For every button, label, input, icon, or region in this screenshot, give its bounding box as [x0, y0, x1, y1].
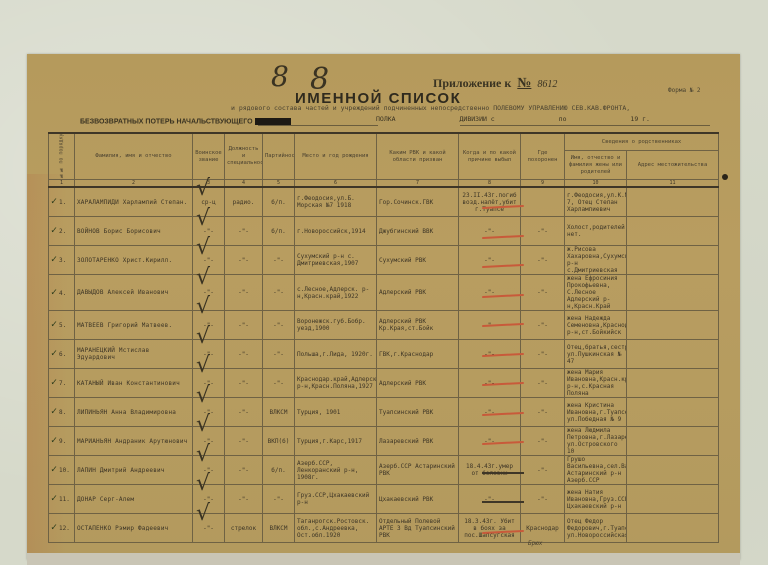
position-cell: радио.	[225, 187, 263, 217]
pencil-checkmark-icon: √	[196, 383, 210, 408]
column-number: 5	[263, 180, 295, 188]
pencil-checkmark-icon: √	[196, 206, 210, 231]
checkmark-icon: ✓	[51, 493, 57, 504]
row-number-cell: ✓7.	[49, 369, 75, 398]
position-cell: -"-	[225, 275, 263, 311]
row-number-cell: ✓10.	[49, 456, 75, 485]
table-row: ✓3.ЗОЛОТАРЕНКО Христ.Кирилл.-"--"--"-Сух…	[49, 246, 719, 275]
column-number: 1	[49, 180, 75, 188]
birthplace-cell: г.Новороссийск,1914	[295, 217, 377, 246]
relative-address-cell	[627, 427, 719, 456]
rvk-cell: Джубгинский ВВК	[377, 217, 459, 246]
position-cell: -"-	[225, 246, 263, 275]
relative-address-cell	[627, 217, 719, 246]
relative-address-cell	[627, 369, 719, 398]
position-cell: -"-	[225, 340, 263, 369]
header-name: Фамилия, имя и отчество	[75, 133, 193, 180]
party-cell: -"-	[263, 275, 295, 311]
division-label: ДИВИЗИИ с	[460, 115, 495, 123]
hole-punch-dot	[722, 174, 728, 180]
header-rvk: Каким РВК и какой области призван	[377, 133, 459, 180]
relative-name-cell: жена Мария Ивановна,Красн.край,Адлерский…	[565, 369, 627, 398]
column-number: 9	[521, 180, 565, 188]
checkmark-icon: ✓	[51, 287, 57, 298]
rvk-cell: Отдельный Полевой АРТЕ 3 Вд Туапсинский …	[377, 514, 459, 543]
header-when-reason: Когда и по какой причине выбыл	[459, 133, 521, 180]
losses-table: №№ по порядку Фамилия, имя и отчество Во…	[48, 132, 719, 543]
party-cell: -"-	[263, 485, 295, 514]
rvk-cell: Адлерский РВК	[377, 275, 459, 311]
document-subtitle: и рядового состава частей и учреждений п…	[231, 104, 630, 112]
checkmark-icon: ✓	[51, 406, 57, 417]
checkmark-icon: ✓	[51, 319, 57, 330]
row-number-cell: ✓1.	[49, 187, 75, 217]
name-cell: ХАРАЛАМПИДИ Харлампий Степан.	[75, 187, 193, 217]
row-number: 6.	[59, 351, 66, 358]
pencil-checkmark-icon: √	[196, 442, 210, 467]
rvk-cell: Цхакаевский РВК	[377, 485, 459, 514]
checkmark-icon: ✓	[51, 522, 57, 533]
column-number: 6	[295, 180, 377, 188]
table-row: ✓11.ДОНАР Серг-Алем-"--"--"-Груз.ССР,Цха…	[49, 485, 719, 514]
row-number-cell: ✓8.	[49, 398, 75, 427]
name-cell: ЗОЛОТАРЕНКО Христ.Кирилл.	[75, 246, 193, 275]
row-number: 2.	[59, 228, 66, 235]
row-number-cell: ✓5.	[49, 311, 75, 340]
pencil-checkmark-icon: √	[196, 353, 210, 378]
burial-cell: -"-	[521, 340, 565, 369]
when-reason-cell: -"-	[459, 217, 521, 246]
row-number: 9.	[59, 438, 66, 445]
appendix-handwritten-number: 8612	[537, 79, 557, 90]
relative-name-cell: жена Надежда Семеновна,Краснод.кр,Пятиго…	[565, 311, 627, 340]
relative-name-cell: жена Ефросиния Прокофьевна, С.Лесное Адл…	[565, 275, 627, 311]
relative-address-cell	[627, 398, 719, 427]
birthplace-cell: Азерб.ССР, Ленкоранский р-н, 1908г.	[295, 456, 377, 485]
when-reason-cell: 23.II.43г.погиб возд.налёт,убит г.Туапсе	[459, 187, 521, 217]
header-burial: Где похоронен	[521, 133, 565, 180]
redaction-block	[255, 118, 291, 125]
header-birth: Место и год рождения	[295, 133, 377, 180]
row-number: 7.	[59, 380, 66, 387]
position-cell: -"-	[225, 427, 263, 456]
checkmark-icon: ✓	[51, 254, 57, 265]
table-row: ✓12.ОСТАПЕНКО Рэмир Фадеевич-"-стрелокВЛ…	[49, 514, 719, 543]
checkmark-icon: ✓	[51, 377, 57, 388]
birthplace-cell: Краснодар.край,Адлерский р-н,Красн.Полян…	[295, 369, 377, 398]
name-cell: МАРАНЕЦКИЙ Мстислав Эдуардович	[75, 340, 193, 369]
table-row: ✓2.ВОЙНОВ Борис Борисович-"--"-б/п.г.Нов…	[49, 217, 719, 246]
appendix-number-sign: №	[517, 76, 531, 91]
sheet-bottom-edge	[27, 553, 740, 565]
party-cell: -"-	[263, 369, 295, 398]
relative-name-cell: жена Людмила Петровна,г.Лазаревская ул.О…	[565, 427, 627, 456]
birthplace-cell: с.Лесное,Адлерск. р-н,Красн.край,1922	[295, 275, 377, 311]
burial-cell: -"-	[521, 456, 565, 485]
party-cell: -"-	[263, 311, 295, 340]
relative-address-cell	[627, 485, 719, 514]
birthplace-cell: Турция,г.Карс,1917	[295, 427, 377, 456]
relative-name-cell: Отец,братья,сестры,Антон,г.Краснодар, ул…	[565, 340, 627, 369]
relative-address-cell	[627, 187, 719, 217]
table-row: ✓5.МАТВЕЕВ Григорий Матвеев.-"--"--"-Вор…	[49, 311, 719, 340]
row-number: 11.	[59, 496, 70, 503]
pencil-checkmark-icon: √	[196, 501, 210, 526]
burial-cell: Краснодар	[521, 514, 565, 543]
header-relative-address: Адрес местожительства	[627, 151, 719, 180]
party-cell: ВКП(б)	[263, 427, 295, 456]
pencil-underline	[482, 472, 524, 474]
row-number-cell: ✓9.	[49, 427, 75, 456]
burial-cell: -"-	[521, 311, 565, 340]
name-cell: ВОЙНОВ Борис Борисович	[75, 217, 193, 246]
birthplace-cell: Воронежск.губ.Бобр. уезд,1900	[295, 311, 377, 340]
birthplace-cell: Польша,г.Лида, 1920г.	[295, 340, 377, 369]
party-cell: б/п.	[263, 187, 295, 217]
header-row: №№ по порядку Фамилия, имя и отчество Во…	[49, 133, 719, 151]
rvk-cell: Лазаревский РВК	[377, 427, 459, 456]
pencil-checkmark-icon: √	[196, 235, 210, 260]
party-cell: ВЛКСМ	[263, 514, 295, 543]
pencil-checkmark-icon: √	[196, 265, 210, 290]
fill-line	[460, 125, 710, 126]
table-row: ✓10.ЛАПИН Дмитрий Андреевич-"--"-б/п.Азе…	[49, 456, 719, 485]
party-cell: б/п.	[263, 456, 295, 485]
position-cell: -"-	[225, 398, 263, 427]
header-position: Должность и специальность	[225, 133, 263, 180]
signature-mark: Брюх	[528, 540, 542, 547]
name-cell: ЛАПИН Дмитрий Андреевич	[75, 456, 193, 485]
header-relatives: Сведения о родственниках	[565, 133, 719, 151]
pencil-underline	[482, 501, 524, 503]
party-cell: ВЛКСМ	[263, 398, 295, 427]
relative-address-cell	[627, 514, 719, 543]
checkmark-icon: ✓	[51, 435, 57, 446]
table-row: ✓4.ДАВЫДОВ Алексей Иванович-"--"--"-с.Ле…	[49, 275, 719, 311]
column-number: 4	[225, 180, 263, 188]
checkmark-icon: ✓	[51, 225, 57, 236]
burial-cell: -"-	[521, 427, 565, 456]
pencil-checkmark-icon: √	[196, 294, 210, 319]
birthplace-cell: г.Феодосия,ул.Б. Морская №7 1918	[295, 187, 377, 217]
when-reason-cell: 18.3.43г. Убит в боях за пос.Шапсугская	[459, 514, 521, 543]
relative-name-cell: Холост,родителей нет.	[565, 217, 627, 246]
name-cell: ДОНАР Серг-Алем	[75, 485, 193, 514]
pencil-checkmark-icon: √	[196, 176, 210, 201]
table-row: ✓8.ЛИПИНЬЯН Анна Владимировна-"--"-ВЛКСМ…	[49, 398, 719, 427]
row-number: 8.	[59, 409, 66, 416]
name-cell: КАТАНЫЙ Иван Константинович	[75, 369, 193, 398]
column-number: 8	[459, 180, 521, 188]
relative-name-cell: г.Феодосия,ул.К.Маркса 7, Отец Степан Ха…	[565, 187, 627, 217]
checkmark-icon: ✓	[51, 196, 57, 207]
burial-cell: -"-	[521, 275, 565, 311]
row-number: 5.	[59, 322, 66, 329]
row-number-cell: ✓6.	[49, 340, 75, 369]
to-label: по	[559, 115, 567, 123]
column-number: 2	[75, 180, 193, 188]
column-numbers-row: 1 2 3 4 5 6 7 8 9 10 11	[49, 180, 719, 188]
position-cell: -"-	[225, 456, 263, 485]
row-number: 10.	[59, 467, 70, 474]
relative-address-cell	[627, 275, 719, 311]
handwritten-mark-1: 8	[271, 60, 289, 93]
burial-cell: -"-	[521, 217, 565, 246]
rvk-cell: Туапсинский РВК	[377, 398, 459, 427]
position-cell: -"-	[225, 217, 263, 246]
header-no: №№ по порядку	[49, 133, 75, 180]
burial-cell: -"-	[521, 485, 565, 514]
pencil-checkmark-icon: √	[196, 324, 210, 349]
burial-cell: -"-	[521, 369, 565, 398]
position-cell: стрелок	[225, 514, 263, 543]
party-cell: -"-	[263, 340, 295, 369]
regiment-line: ПОЛКА ДИВИЗИИ с по 19 г.	[376, 115, 710, 123]
relative-address-cell	[627, 340, 719, 369]
relative-name-cell: Отец Федор Федорович,г.Туапсе, ул.Новоро…	[565, 514, 627, 543]
relative-name-cell: жена Натия Ивановна,Груз.ССР Цхакаевский…	[565, 485, 627, 514]
checkmark-icon: ✓	[51, 464, 57, 475]
name-cell: ДАВЫДОВ Алексей Иванович	[75, 275, 193, 311]
appendix-label: Приложение к	[433, 76, 511, 90]
position-cell: -"-	[225, 369, 263, 398]
rvk-cell: Гор.Сочинск.ГВК	[377, 187, 459, 217]
burial-cell: -"-	[521, 398, 565, 427]
burial-cell	[521, 187, 565, 217]
relative-name-cell: ж.Рисова Хахаровна,Сухумский р-н с.Дмитр…	[565, 246, 627, 275]
birthplace-cell: Сухумский р-н с. Дмитриевская,1907	[295, 246, 377, 275]
rvk-cell: Адлерский РВК	[377, 369, 459, 398]
relative-name-cell: Грушо Васильевна,сел.Васильевка, Астарин…	[565, 456, 627, 485]
column-number: 7	[377, 180, 459, 188]
checkmark-icon: ✓	[51, 348, 57, 359]
name-cell: ЛИПИНЬЯН Анна Владимировна	[75, 398, 193, 427]
name-cell: ОСТАПЕНКО Рэмир Фадеевич	[75, 514, 193, 543]
name-cell: МАРИАНЬЯН Андраник Арутюнович	[75, 427, 193, 456]
birthplace-cell: Турция, 1901	[295, 398, 377, 427]
year-label: 19 г.	[630, 115, 650, 123]
burial-cell: -"-	[521, 246, 565, 275]
party-cell: б/п.	[263, 217, 295, 246]
relative-address-cell	[627, 246, 719, 275]
when-reason-cell: -"-	[459, 275, 521, 311]
header-rank: Воинское звание	[193, 133, 225, 180]
table-row: ✓9.МАРИАНЬЯН Андраник Арутюнович-"--"-ВК…	[49, 427, 719, 456]
row-number: 12.	[59, 525, 70, 532]
column-number: 10	[565, 180, 627, 188]
table-row: ✓7.КАТАНЫЙ Иван Константинович-"--"--"-К…	[49, 369, 719, 398]
losses-heading-text: БЕЗВОЗВРАТНЫХ ПОТЕРЬ НАЧАЛЬСТВУЮЩЕГО	[80, 118, 253, 125]
header-party: Партийность	[263, 133, 295, 180]
pencil-checkmark-icon: √	[196, 471, 210, 496]
fill-line	[258, 125, 378, 126]
when-reason-cell: 18.4.43г.умер от болезни	[459, 456, 521, 485]
row-number: 1.	[59, 199, 66, 206]
row-number-cell: ✓2.	[49, 217, 75, 246]
form-number: Форма № 2	[668, 87, 701, 94]
rvk-cell: Адлерский РВК Кр.Края,ст.Бойк	[377, 311, 459, 340]
row-number: 3.	[59, 257, 66, 264]
table-row: ✓1.ХАРАЛАМПИДИ Харлампий Степан.ср-цради…	[49, 187, 719, 217]
rvk-cell: Азерб.ССР Астаринский РВК	[377, 456, 459, 485]
relative-address-cell	[627, 456, 719, 485]
regiment-label: ПОЛКА	[376, 115, 396, 123]
table-row: ✓6.МАРАНЕЦКИЙ Мстислав Эдуардович-"--"--…	[49, 340, 719, 369]
party-cell: -"-	[263, 246, 295, 275]
birthplace-cell: Груз.ССР,Цхакаевский р-н	[295, 485, 377, 514]
row-number-cell: ✓3.	[49, 246, 75, 275]
header-relative-name: Имя, отчество и фамилия жены или родител…	[565, 151, 627, 180]
rvk-cell: Сухумский РВК	[377, 246, 459, 275]
row-number-cell: ✓4.	[49, 275, 75, 311]
row-number-cell: ✓12.	[49, 514, 75, 543]
row-number-cell: ✓11.	[49, 485, 75, 514]
position-cell: -"-	[225, 311, 263, 340]
position-cell: -"-	[225, 485, 263, 514]
when-reason-cell: -"-	[459, 246, 521, 275]
relative-name-cell: жена Кристина Ивановна,г.Туапсе, ул.Побе…	[565, 398, 627, 427]
birthplace-cell: Таганрогск.Ростовск. обл.,с.Андреевка, О…	[295, 514, 377, 543]
rvk-cell: ГВК,г.Краснодар	[377, 340, 459, 369]
column-number: 11	[627, 180, 719, 188]
relative-address-cell	[627, 311, 719, 340]
row-number: 4.	[59, 290, 66, 297]
pencil-checkmark-icon: √	[196, 412, 210, 437]
when-reason-cell: -"-	[459, 485, 521, 514]
name-cell: МАТВЕЕВ Григорий Матвеев.	[75, 311, 193, 340]
